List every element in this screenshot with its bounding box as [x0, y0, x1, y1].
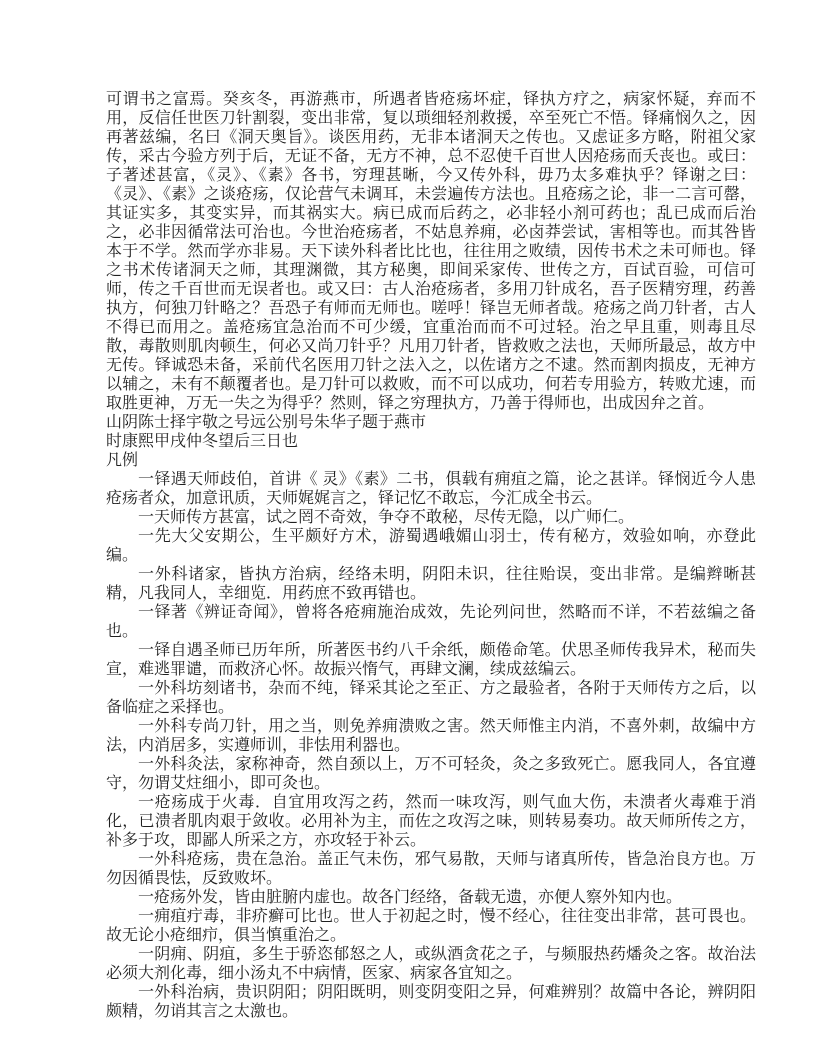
fanli-item: 一铎自遇圣师已历年所，所著医书约八千余纸，颇倦命笔。伏思圣师传我异术，秘而失宣，…: [106, 641, 756, 679]
fanli-item: 一阴痈、阴疽，多生于骄恣郁怒之人，或纵酒贪花之子，与频服热药燔灸之客。故治法必须…: [106, 945, 756, 983]
fanli-item: 一铎遇天师歧伯，首讲《 灵》《素》二书，俱载有痈疽之篇，论之甚详。铎悯近今人患疮…: [106, 470, 756, 508]
preface-paragraph: 可谓书之富焉。癸亥冬，再游燕市，所遇者皆疮疡坏症，铎执方疗之，病家怀疑，弃而不用…: [106, 90, 756, 413]
fanli-item: 一痈疽疔毒，非疥癣可比也。世人于初起之时，慢不经心，往往变出非常，甚可畏也。故无…: [106, 907, 756, 945]
fanli-item: 一外科诸家，皆执方治病，经络未明，阴阳未识，往往贻误，变出非常。是编辫晰甚精，凡…: [106, 565, 756, 603]
fanli-item: 一疮疡外发，皆由脏腑内虚也。故各门经络，备载无遗，亦便人察外知内也。: [106, 888, 756, 907]
fanli-item: 一外科治病，贵识阴阳；阴阳既明，则变阴变阳之异，何难辨别？故篇中各论，辨阴阳颇精…: [106, 983, 756, 1021]
fanli-item: 一先大父安期公，生平颇好方术，游蜀遇峨媚山羽士，传有秘方，效验如响，亦登此编。: [106, 527, 756, 565]
attribution-author-line: 山阴陈士择宇敬之号远公别号朱华子题于燕市: [106, 413, 756, 432]
fanli-item: 一天师传方甚富，试之罔不奇效，争夺不敢秘，尽传无隐，以广师仁。: [106, 508, 756, 527]
fanli-section-heading: 凡例: [106, 451, 756, 470]
document-page: 可谓书之富焉。癸亥冬，再游燕市，所遇者皆疮疡坏症，铎执方疗之，病家怀疑，弃而不用…: [0, 0, 816, 1056]
fanli-item: 一铎著《辨证奇闻》，曾将各疮痈施治成效，先论列问世，然略而不详，不若兹编之备也。: [106, 603, 756, 641]
fanli-item: 一外科灸法，家称神奇，然自颈以上，万不可轻灸，灸之多致死亡。愿我同人，各宜遵守，…: [106, 755, 756, 793]
fanli-item: 一外科坊刻诸书，杂而不纯，铎采其论之至正、方之最验者，各附于天师传方之后，以备临…: [106, 679, 756, 717]
fanli-list: 一铎遇天师歧伯，首讲《 灵》《素》二书，俱载有痈疽之篇，论之甚详。铎悯近今人患疮…: [106, 470, 756, 1021]
fanli-item: 一外科疮疡，贵在急治。盖正气未伤，邪气易散，天师与诸真所传，皆急治良方也。万勿因…: [106, 850, 756, 888]
fanli-item: 一疮疡成于火毒．自宜用攻泻之药，然而一味攻泻，则气血大伤，未溃者火毒难于消化，已…: [106, 793, 756, 850]
attribution-date-line: 时康熙甲戌仲冬望后三日也: [106, 432, 756, 451]
fanli-item: 一外科专尚刀针，用之当，则免养痈溃败之害。然天师惟主内消，不喜外刺，故编中方法，…: [106, 717, 756, 755]
